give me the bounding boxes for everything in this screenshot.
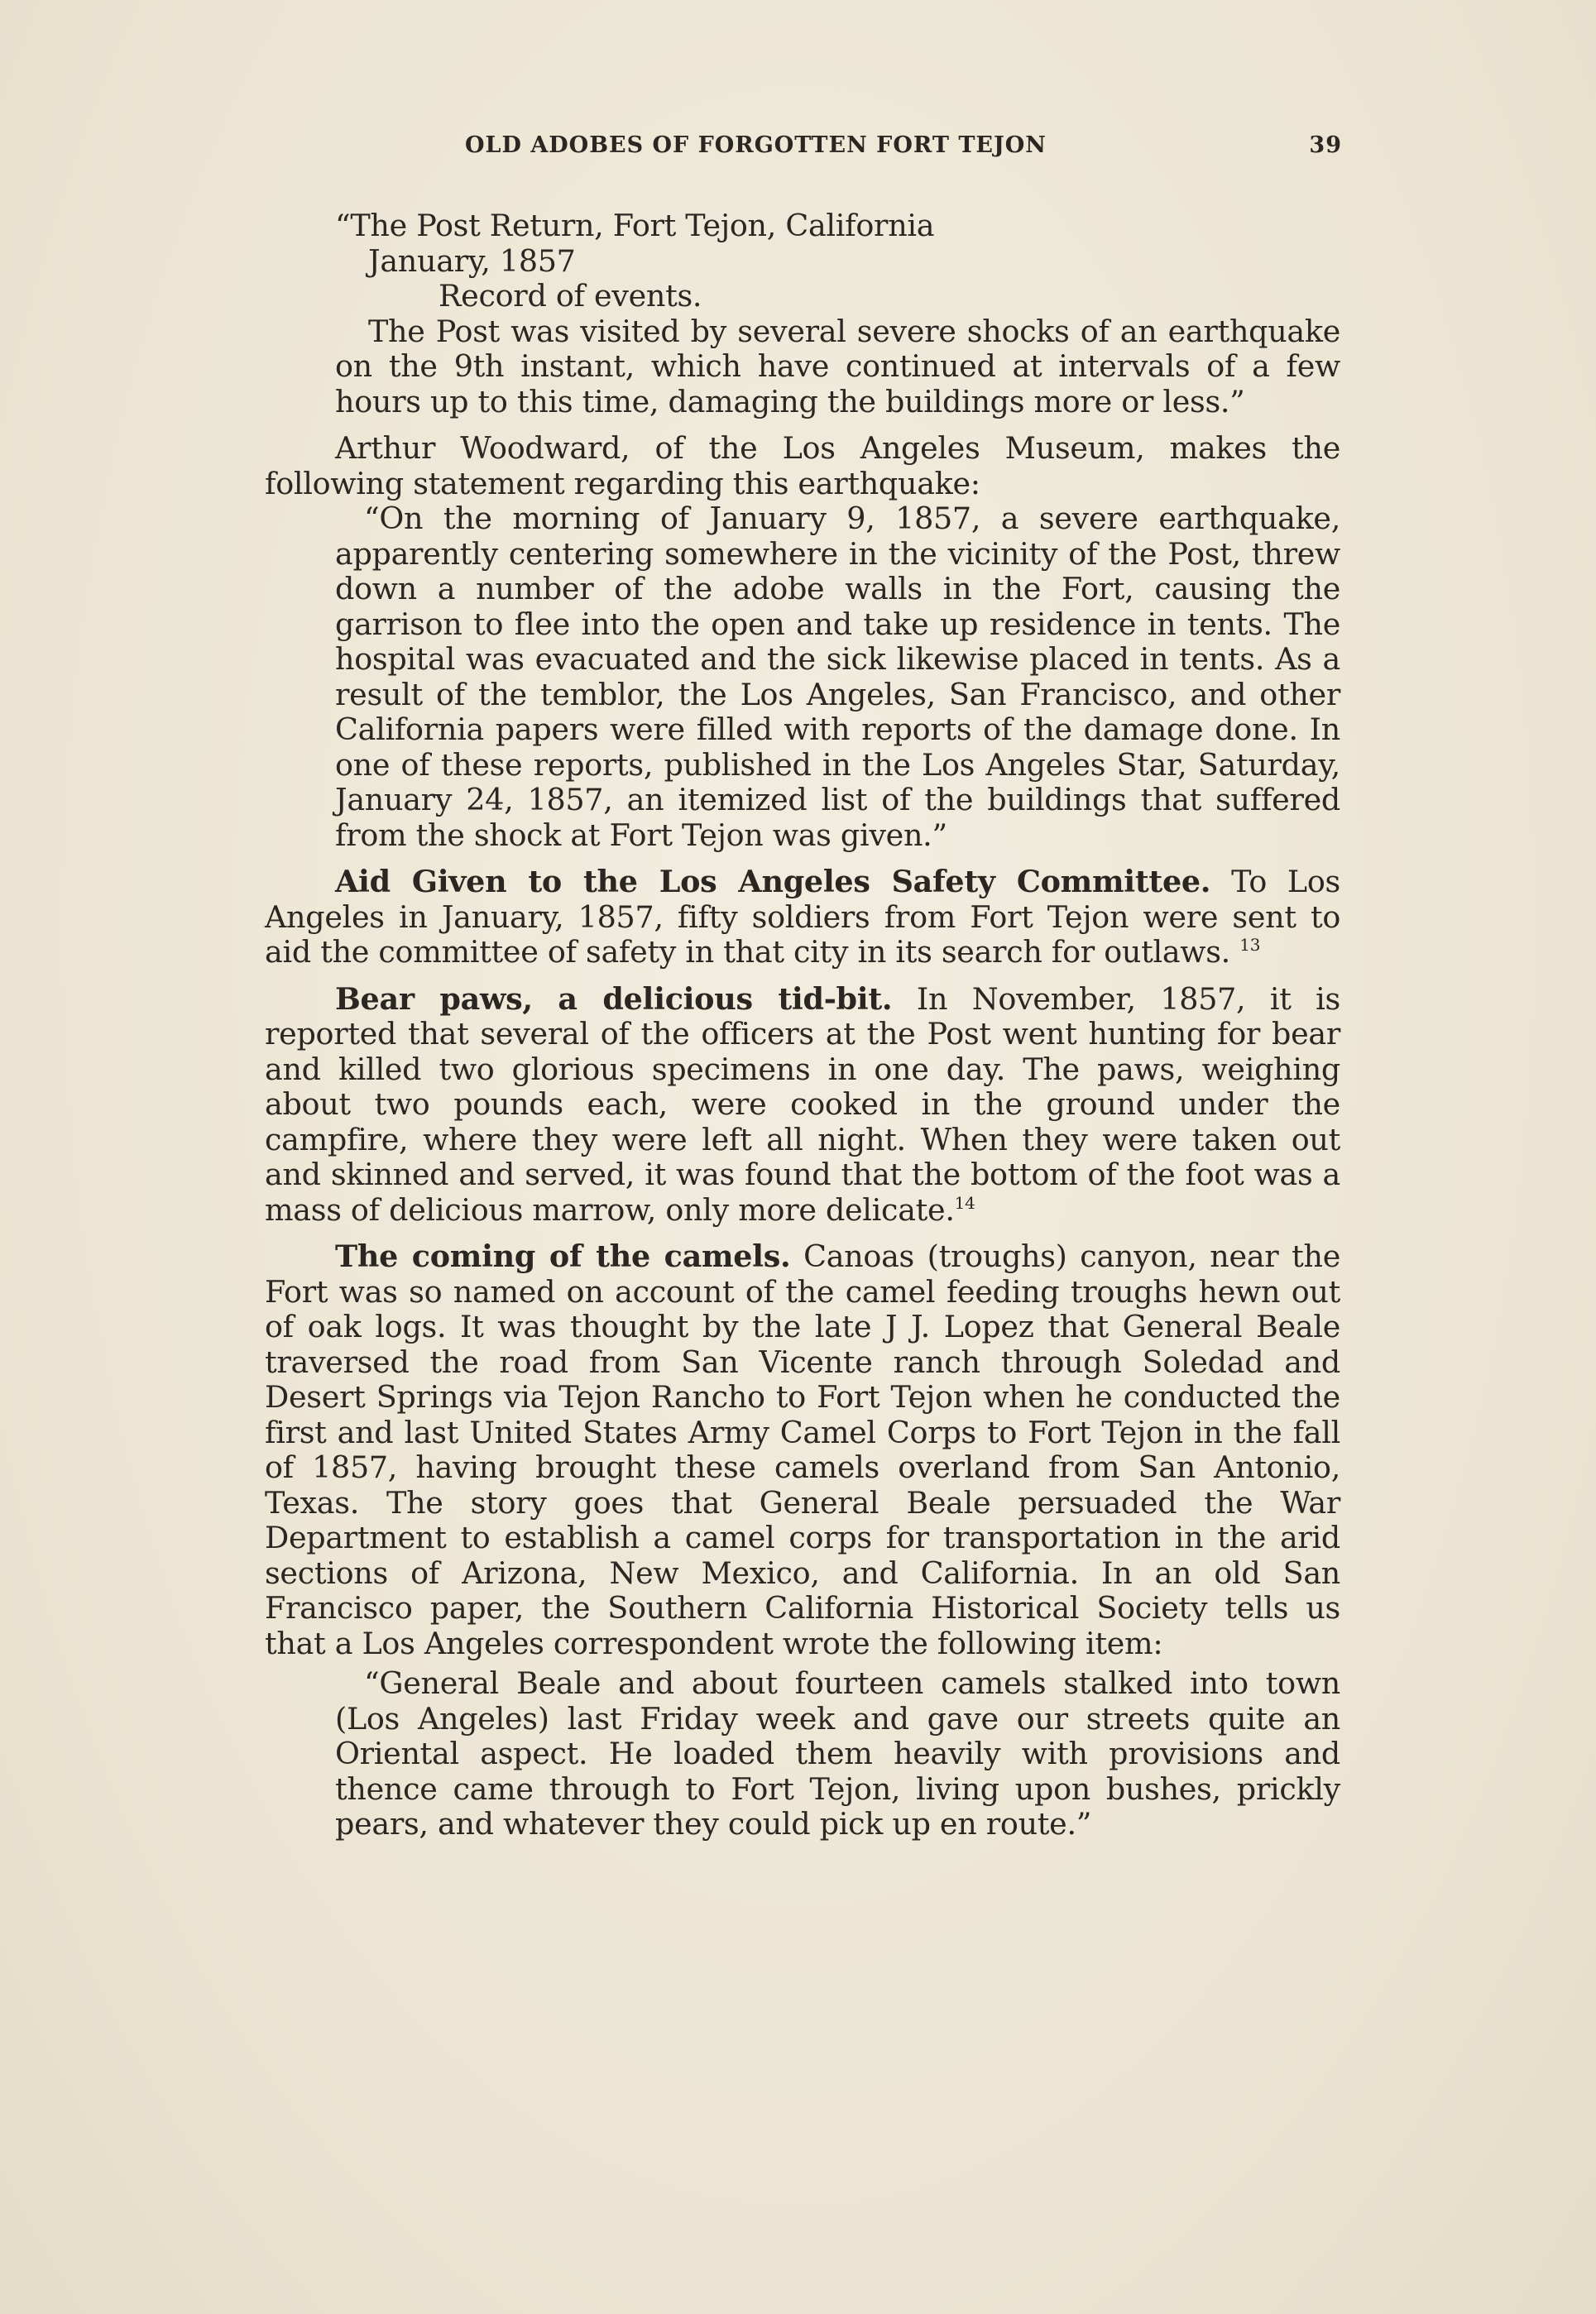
footnote-ref[interactable]: 13 [1239,935,1260,955]
post-return-line2: January, 1857 [335,244,1340,280]
section-heading: Aid Given to the Los Angeles Safety Comm… [335,864,1210,899]
section-heading: The coming of the camels. [335,1238,790,1274]
section-safety-committee: Aid Given to the Los Angeles Safety Comm… [265,865,1340,970]
section-bear-paws: Bear paws, a delicious tid-bit. In Novem… [265,982,1340,1229]
woodward-quote: “On the morning of January 9, 1857, a se… [335,501,1340,853]
camel-quote: “General Beale and about fourteen camels… [335,1666,1340,1842]
section-body: Canoas (troughs) canyon, near the Fort w… [265,1238,1340,1661]
footnote-ref[interactable]: 14 [955,1193,975,1213]
page-number: 39 [1309,132,1342,158]
post-return-body: The Post was visited by several severe s… [335,314,1340,420]
page-body: “The Post Return, Fort Tejon, California… [265,208,1340,1842]
post-return-line3: Record of events. [335,279,1340,314]
running-head: OLD ADOBES OF FORGOTTEN FORT TEJON 39 [465,132,1342,158]
section-camels: The coming of the camels. Canoas (trough… [265,1239,1340,1661]
running-head-title: OLD ADOBES OF FORGOTTEN FORT TEJON [465,132,1047,158]
section-heading: Bear paws, a delicious tid-bit. [335,981,892,1017]
woodward-intro: Arthur Woodward, of the Los Angeles Muse… [265,431,1340,501]
post-return-line1: “The Post Return, Fort Tejon, California [335,208,1340,244]
section-body: In November, 1857, it is reported that s… [265,981,1340,1228]
